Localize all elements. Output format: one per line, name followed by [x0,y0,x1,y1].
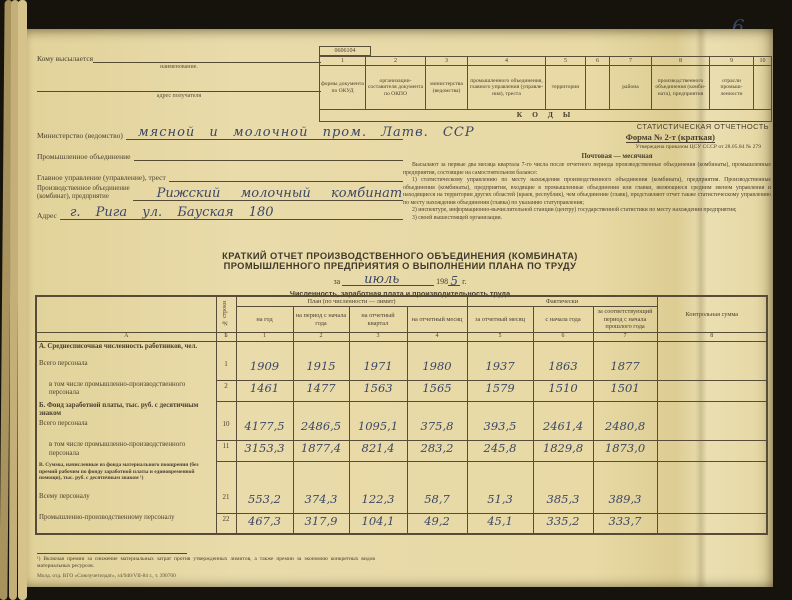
recipient-label: Кому высылается [37,54,93,63]
row-label: в том числе промышленно-производ­ственно… [36,440,216,461]
cell-value: 1095,1 [358,419,398,433]
stub-header-cell [36,296,216,332]
section-row: В. Суммы, начисленные из фонда материаль… [36,461,767,492]
address-value: г. Рига ул. Бауская 180 [70,205,274,220]
instruction-item-1: 1) статистическому управлению по месту н… [403,177,771,207]
cell-value: 1510 [548,381,577,395]
recipient-address-line [37,70,321,92]
cell-value: 1563 [363,381,392,395]
row-label: Всего персонала [36,419,216,440]
codes-label-row: формы докумен­та по ОКУД организации-сос… [320,66,772,110]
instruction-item-2: 2) инспектуре, информационно-вычислитель… [403,207,771,215]
section-row: А. Среднесписочная численность работ­ник… [36,341,767,359]
cell-value: 1915 [306,359,335,373]
table-row: Всего персонала 1 1909 1915 1971 1980 19… [36,359,767,380]
codes-table: 1 2 3 4 5 6 7 8 9 10 формы докумен­та по… [319,56,772,122]
cell-value: 2486,5 [301,419,341,433]
cell-value: 1877 [610,359,639,373]
table-group-header-row: № строки План (по численности — лимит) Ф… [36,296,767,307]
cell-value: 2480,8 [605,419,645,433]
page-stack-edge [18,0,27,600]
section-label: В. Суммы, начисленные из фонда материаль… [36,461,216,492]
cell-value: 375,8 [421,419,454,433]
table-row: в том числе промышленно-производ­ственно… [36,380,767,401]
row-label: Всего персонала [36,359,216,380]
labour-plan-table: № строки План (по численности — лимит) Ф… [35,295,768,535]
cell-value: 245,8 [484,441,517,455]
main-department-field: Главное управление (управление), трест [37,170,403,182]
cell-value: 51,3 [487,492,513,506]
industrial-association-field: Промышленное объединение [37,149,403,161]
kody-label: К О Д Ы [320,110,772,122]
recipient-block: Кому высылается наименование. адрес полу… [37,53,321,99]
cell-value: 1877,4 [301,441,341,455]
footnote-text: ¹) Включая премии за снижение материальн… [37,556,375,570]
cell-value: 1477 [306,381,335,395]
plan-group-header: План (по численности — лимит) [236,296,467,307]
ministry-field: Министерство (ведомство) мясной и молочн… [37,128,403,140]
main-department-label: Главное управление (управление), трест [37,173,169,182]
section-label: Б. Фонд заработной платы, тыс. руб. с де… [36,401,216,419]
cell-value: 1501 [610,381,639,395]
kody-row: К О Д Ы [320,110,772,122]
instruction-item-3: 3) своей вышестоящей организации. [403,215,771,223]
cell-value: 3153,3 [244,441,284,455]
cell-value: 1565 [422,381,451,395]
scanned-document-scene: 6 Кому высылается наименование. адрес по… [0,0,792,600]
fact-group-header: Фактически [467,296,657,307]
year-suffix: г. [462,277,466,286]
month-value: июль [364,272,399,287]
instruction-intro: Высылают за первые два месяца квартала 7… [403,162,771,177]
address-label: Адрес [37,211,60,220]
footnote-rule [37,553,187,554]
cell-value: 317,9 [305,514,338,528]
column-letter-row: А Б 1 2 3 4 5 6 7 8 [36,332,767,341]
cell-value: 49,2 [424,514,450,528]
industrial-association-label: Промышленное объединение [37,152,134,161]
cell-value: 389,3 [609,492,642,506]
table-row: в том числе промышленно-производ­ственно… [36,440,767,461]
table-row: Промышленно-производственному персоналу … [36,513,767,534]
za-label: за [333,277,340,286]
cell-value: 1863 [548,359,577,373]
table-row: Всего персонала 10 4177,5 2486,5 1095,1 … [36,419,767,440]
recipient-name-line [93,53,321,63]
row-label: Всему персоналу [36,492,216,513]
line-number: 10 [216,419,236,440]
cell-value: 335,2 [547,514,580,528]
codes-number-row: 1 2 3 4 5 6 7 8 9 10 [320,57,772,66]
table-row: Всему персоналу 21 553,2 374,3 122,3 58,… [36,492,767,513]
production-association-value: Рижский молочный комбинат [157,186,403,201]
line-number: 1 [216,359,236,380]
cell-value: 467,3 [248,514,281,528]
report-title-line-2: ПРОМЫШЛЕННОГО ПРЕДПРИЯТИЯ О ВЫПОЛНЕНИИ П… [27,261,773,271]
row-label: Промышленно-производственному персоналу [36,513,216,534]
cell-value: 1937 [485,359,514,373]
cell-value: 58,7 [424,492,450,506]
footnote-block: ¹) Включая премии за снижение материальн… [37,553,375,579]
cell-value: 1909 [250,359,279,373]
production-association-field: Производственное объединение (комбинат),… [37,185,403,201]
year-prefix: 198 [436,277,448,286]
cell-value: 122,3 [362,492,395,506]
cell-value: 283,2 [421,441,454,455]
cell-value: 1461 [250,381,279,395]
cell-value: 1971 [363,359,392,373]
cell-value: 374,3 [305,492,338,506]
print-imprint: Молд. отд. ВГО «Союзучетиздат», з4/940/V… [37,573,375,579]
line-number: 2 [216,380,236,401]
cell-value: 333,7 [609,514,642,528]
cell-value: 553,2 [248,492,281,506]
control-sum-header: Контрольная сумма [657,296,767,332]
form-page: Кому высылается наименование. адрес полу… [27,29,773,587]
submission-instructions: Высылают за первые два месяца квартала 7… [403,162,771,222]
recipient-address-caption: адрес получателя [37,93,321,99]
cell-value: 45,1 [487,514,513,528]
address-field: Адрес г. Рига ул. Бауская 180 [37,208,403,220]
section-label: А. Среднесписочная численность работ­ник… [36,341,216,359]
year-digit: 5 [448,274,460,286]
postal-periodicity: Почтовая — месячная [463,152,771,160]
cell-value: 821,4 [362,441,395,455]
okud-form-code: 0606104 [319,46,371,56]
cell-value: 4177,5 [244,419,284,433]
line-number: 22 [216,513,236,534]
cell-value: 1579 [485,381,514,395]
cell-value: 1980 [422,359,451,373]
report-title-line-1: КРАТКИЙ ОТЧЕТ ПРОИЗВОДСТВЕННОГО ОБЪЕДИНЕ… [27,251,773,261]
month-line: июль [342,274,434,286]
cell-value: 1829,8 [543,441,583,455]
cell-value: 393,5 [484,419,517,433]
line-number: 21 [216,492,236,513]
row-label: в том числе промышленно-производ­ственно… [36,380,216,401]
ministry-label: Министерство (ведомство) [37,131,126,140]
report-title-block: КРАТКИЙ ОТЧЕТ ПРОИЗВОДСТВЕННОГО ОБЪЕДИНЕ… [27,251,773,298]
production-association-label: Производственное объединение (комбинат),… [37,185,133,201]
org-fields: Министерство (ведомство) мясной и молочн… [37,128,403,220]
cell-value: 385,3 [547,492,580,506]
line-no-header: № строки [216,296,236,332]
report-period-line: за июль 1985 г. [27,274,773,286]
section-row: Б. Фонд заработной платы, тыс. руб. с де… [36,401,767,419]
cell-value: 104,1 [362,514,395,528]
codes-block: 0606104 1 2 3 4 5 6 7 8 9 10 [319,46,771,122]
ministry-value: мясной и молочной пром. Латв. ССР [138,125,475,140]
cell-value: 1873,0 [605,441,645,455]
approval-note: Утверждена приказом ЦСУ СССР от 28.05.84… [403,144,771,150]
cell-value: 2461,4 [543,419,583,433]
line-number: 11 [216,440,236,461]
